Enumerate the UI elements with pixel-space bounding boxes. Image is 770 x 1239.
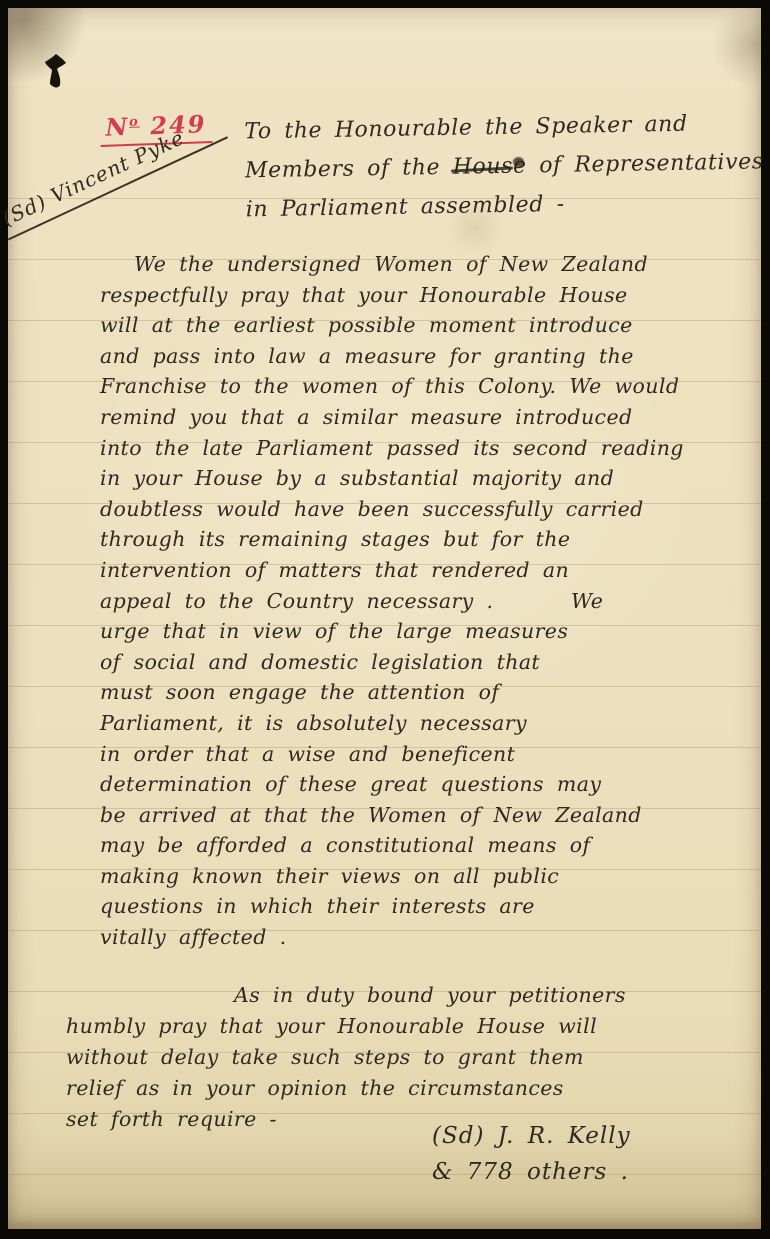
handwritten-line: relief as in your opinion the circumstan… <box>66 1073 756 1104</box>
handwritten-line: making known their views on all public <box>100 861 760 892</box>
handwritten-line: be arrived at that the Women of New Zeal… <box>100 800 760 831</box>
handwritten-line: without delay take such steps to grant t… <box>66 1042 756 1073</box>
signature-line: (Sd) J. R. Kelly <box>432 1118 732 1154</box>
handwritten-line: questions in which their interests are <box>100 891 760 922</box>
petition-signature-block: (Sd) J. R. Kelly& 778 others . <box>432 1118 732 1190</box>
handwritten-line: urge that in view of the large measures <box>100 616 760 647</box>
handwritten-line: into the late Parliament passed its seco… <box>100 433 760 464</box>
handwritten-line: in your House by a substantial majority … <box>100 463 760 494</box>
handwritten-line: will at the earliest possible moment int… <box>100 310 760 341</box>
handwritten-line: humbly pray that your Honourable House w… <box>66 1011 756 1042</box>
handwritten-line: in order that a wise and beneficent <box>100 739 760 770</box>
petition-number-prefix: N <box>105 112 130 142</box>
handwritten-line: in Parliament assembled - <box>245 182 751 230</box>
paper-sheet: No 249 (Sd) Vincent Pyke To the Honourab… <box>8 8 761 1229</box>
handwritten-line: Parliament, it is absolutely necessary <box>100 708 760 739</box>
handwritten-line: Franchise to the women of this Colony. W… <box>100 371 760 402</box>
handwritten-line: remind you that a similar measure introd… <box>100 402 760 433</box>
ink-blot <box>45 54 66 89</box>
handwritten-line: may be afforded a constitutional means o… <box>100 830 760 861</box>
petition-closing: As in duty bound your petitionershumbly … <box>66 980 756 1135</box>
petition-number-sup: o <box>129 115 140 130</box>
handwritten-line: of social and domestic legislation that <box>100 647 760 678</box>
handwritten-line: and pass into law a measure for granting… <box>100 341 760 372</box>
signature-line: & 778 others . <box>432 1154 732 1190</box>
handwritten-line: determination of these great questions m… <box>100 769 760 800</box>
handwritten-line: We the undersigned Women of New Zealand <box>100 249 760 280</box>
handwritten-line: vitally affected . <box>100 922 760 953</box>
handwritten-line: respectfully pray that your Honourable H… <box>100 280 760 311</box>
ink-dot <box>513 157 524 167</box>
handwritten-line: must soon engage the attention of <box>100 677 760 708</box>
handwritten-line: intervention of matters that rendered an <box>100 555 760 586</box>
scanned-petition-page: No 249 (Sd) Vincent Pyke To the Honourab… <box>0 0 770 1239</box>
handwritten-line: doubtless would have been successfully c… <box>100 494 760 525</box>
petition-body: We the undersigned Women of New Zealandr… <box>100 249 760 953</box>
handwritten-line: appeal to the Country necessary . We <box>100 586 760 617</box>
handwritten-line: through its remaining stages but for the <box>100 524 760 555</box>
handwritten-line: As in duty bound your petitioners <box>66 980 756 1011</box>
